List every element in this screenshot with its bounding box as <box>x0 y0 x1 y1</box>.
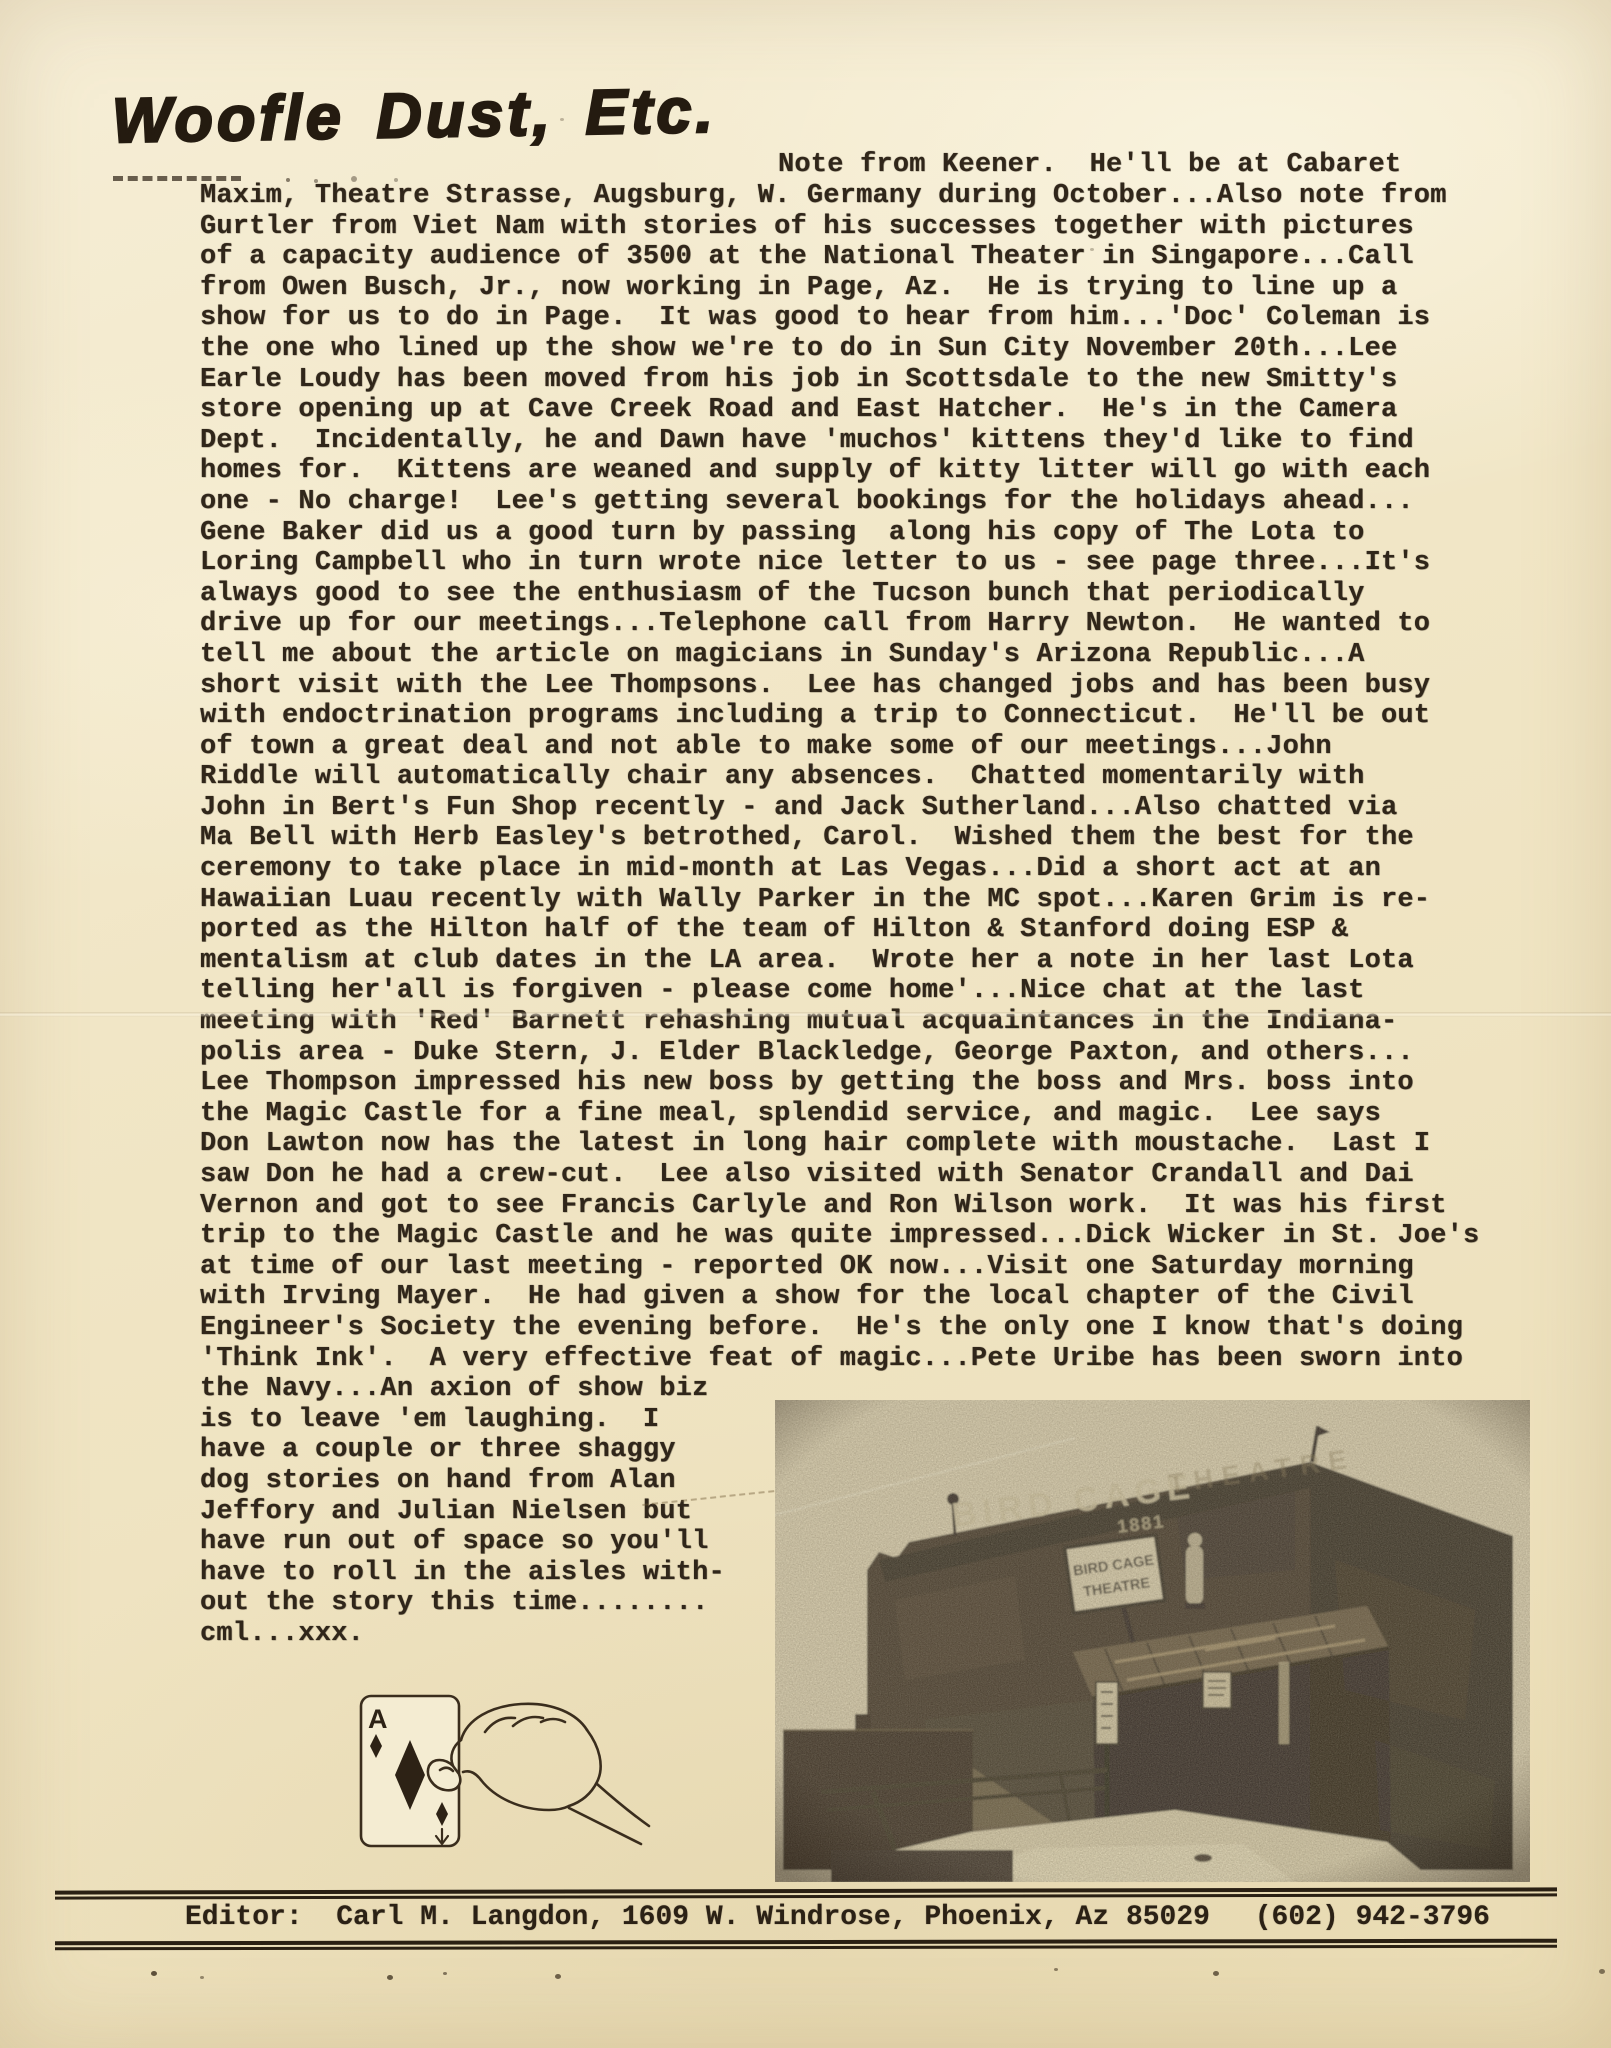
paper-crease <box>0 1012 1611 1017</box>
footer-editor-line: Editor: Carl M. Langdon, 1609 W. Windros… <box>185 1901 1210 1935</box>
page-title: Woofle Dust, Etc. <box>111 75 717 158</box>
newsletter-page: Woofle Dust, Etc. Note from Keener. He'l… <box>0 0 1611 2048</box>
card-hand-illustration: A <box>345 1686 655 1896</box>
birdcage-theatre-photo: BIRD CAGE THEATRE 1881 BIRD CAGE THEATRE <box>775 1400 1530 1882</box>
footer-rule-top <box>55 1887 1557 1899</box>
card-corner-rank: A <box>368 1704 388 1734</box>
article-opening-line: Note from Keener. He'll be at Cabaret <box>778 150 1401 181</box>
footer-phone: (602) 942-3796 <box>1255 1901 1490 1935</box>
footer-rule-bottom <box>55 1939 1557 1951</box>
ink-specks <box>0 0 4 3</box>
footer: Editor: Carl M. Langdon, 1609 W. Windros… <box>185 1901 1490 1935</box>
hand-drawing <box>428 1704 649 1844</box>
